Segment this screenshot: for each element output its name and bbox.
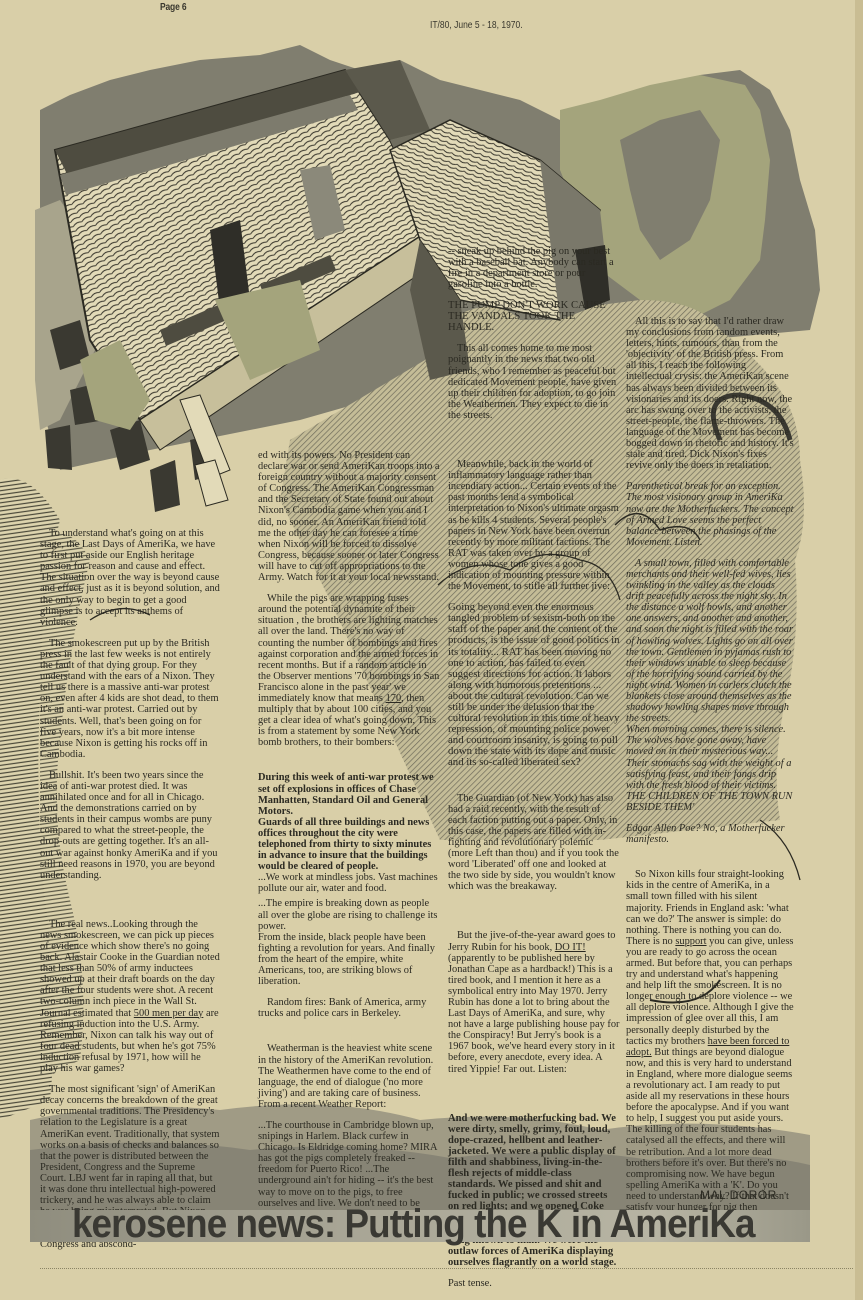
paragraph: While the pigs are wrapping fuses around… — [258, 593, 440, 748]
paragraph: The real news..Looking through the news … — [40, 919, 220, 1074]
article-column-2: ed with its powers. No President can dec… — [258, 450, 440, 1241]
paragraph: But the jive-of-the-year award goes to J… — [448, 930, 620, 1074]
paragraph: ed with its powers. No President can dec… — [258, 450, 440, 583]
paragraph: -- sneak up behind the pig on your best … — [448, 246, 620, 290]
italic-aside: Edgar Allen Poe? No, a Motherfucker mani… — [626, 823, 794, 845]
paragraph: So Nixon kills four straight-looking kid… — [626, 869, 794, 1235]
byline: MAL DOROR — [700, 1188, 777, 1202]
manifesto-quote: A small town, filled with comfortable me… — [626, 558, 794, 724]
article-column-3: -- sneak up behind the pig on your best … — [448, 246, 620, 1299]
quote-bold: During this week of anti-war protest we … — [258, 772, 440, 816]
paragraph: To understand what's going on at this st… — [40, 528, 220, 628]
paragraph: Past tense. — [448, 1278, 620, 1289]
subheading: THE PUMP DON'T WORK CAUSE THE VANDALS TO… — [448, 300, 620, 333]
article-column-1: To understand what's going on at this st… — [40, 528, 220, 1261]
paragraph: Random fires: Bank of America, army truc… — [258, 997, 440, 1019]
quote: ...The empire is breaking down as people… — [258, 898, 440, 931]
article-column-4: All this is to say that I'd rather draw … — [626, 316, 794, 1245]
underlined-phrase: 500 men per day — [134, 1008, 204, 1019]
quote: From the inside, black people have been … — [258, 932, 440, 987]
book-title: DO IT! — [555, 942, 586, 953]
headline: kerosene news: Putting the K in AmeriKa — [72, 1204, 755, 1244]
paragraph: Weatherman is the heaviest white scene i… — [258, 1043, 440, 1110]
quote: ...We work at mindless jobs. Vast machin… — [258, 872, 440, 894]
underlined-word: support — [675, 936, 706, 947]
quote-bold: Guards of all three buildings and news o… — [258, 817, 440, 872]
paragraph: All this is to say that I'd rather draw … — [626, 316, 794, 471]
dotted-rule — [40, 1268, 853, 1269]
underlined-number: 170 — [386, 693, 402, 704]
paragraph: This all comes home to me most poignantl… — [448, 343, 620, 421]
rat-quote: Going beyond even the enormous tangled p… — [448, 602, 620, 768]
manifesto-quote: When morning comes, there is silence. Th… — [626, 724, 794, 813]
paragraph: Bullshit. It's been two years since the … — [40, 770, 220, 881]
italic-aside: Parenthetical break for an exception. Th… — [626, 481, 794, 548]
paragraph: The smokescreen put up by the British pr… — [40, 638, 220, 760]
paragraph: The Guardian (of New York) has also had … — [448, 793, 620, 893]
paragraph: Meanwhile, back in the world of inflamma… — [448, 459, 620, 592]
